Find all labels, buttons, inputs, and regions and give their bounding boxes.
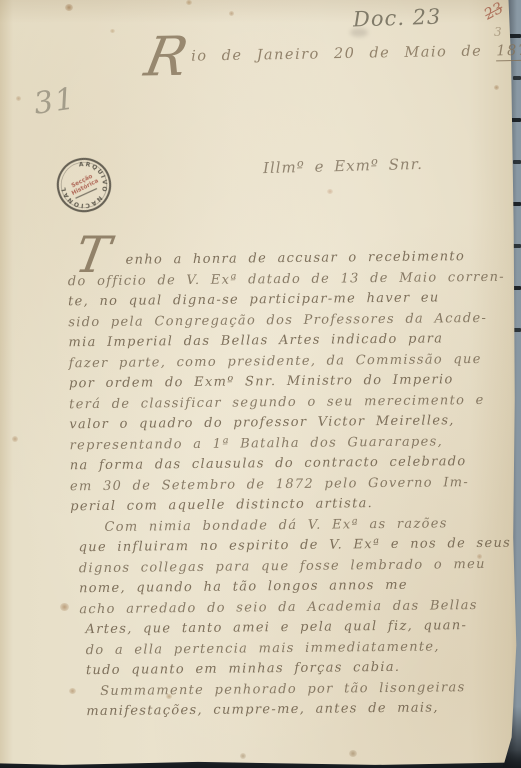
margin-number-annotation: 31 xyxy=(32,81,79,122)
foxing-spot xyxy=(186,0,192,5)
doc-number-annotation: Doc. 23 xyxy=(353,4,442,31)
foxing-spot xyxy=(60,603,69,611)
foxing-spot xyxy=(16,96,21,101)
foxing-spot xyxy=(12,436,18,442)
foxing-spot xyxy=(240,753,246,759)
foxing-spot xyxy=(110,29,115,33)
foxing-spot xyxy=(327,189,333,194)
dateline-year: 1873 xyxy=(496,43,521,62)
foxing-spot xyxy=(229,11,234,16)
dateline-initial-flourish: R xyxy=(144,47,190,68)
foxing-spot xyxy=(494,85,499,90)
foxing-spot xyxy=(65,4,73,11)
corner-secondary-annotation: 3 xyxy=(494,25,502,39)
letter-body: enho a honra de accusar o recebimento do… xyxy=(68,247,511,723)
foxing-spot xyxy=(349,750,357,757)
scanned-letter-page: Doc. 23 23 3 31 Rio de Janeiro 20 de Mai… xyxy=(0,0,521,768)
dateline-text: io de Janeiro 20 de Maio de xyxy=(191,43,496,64)
